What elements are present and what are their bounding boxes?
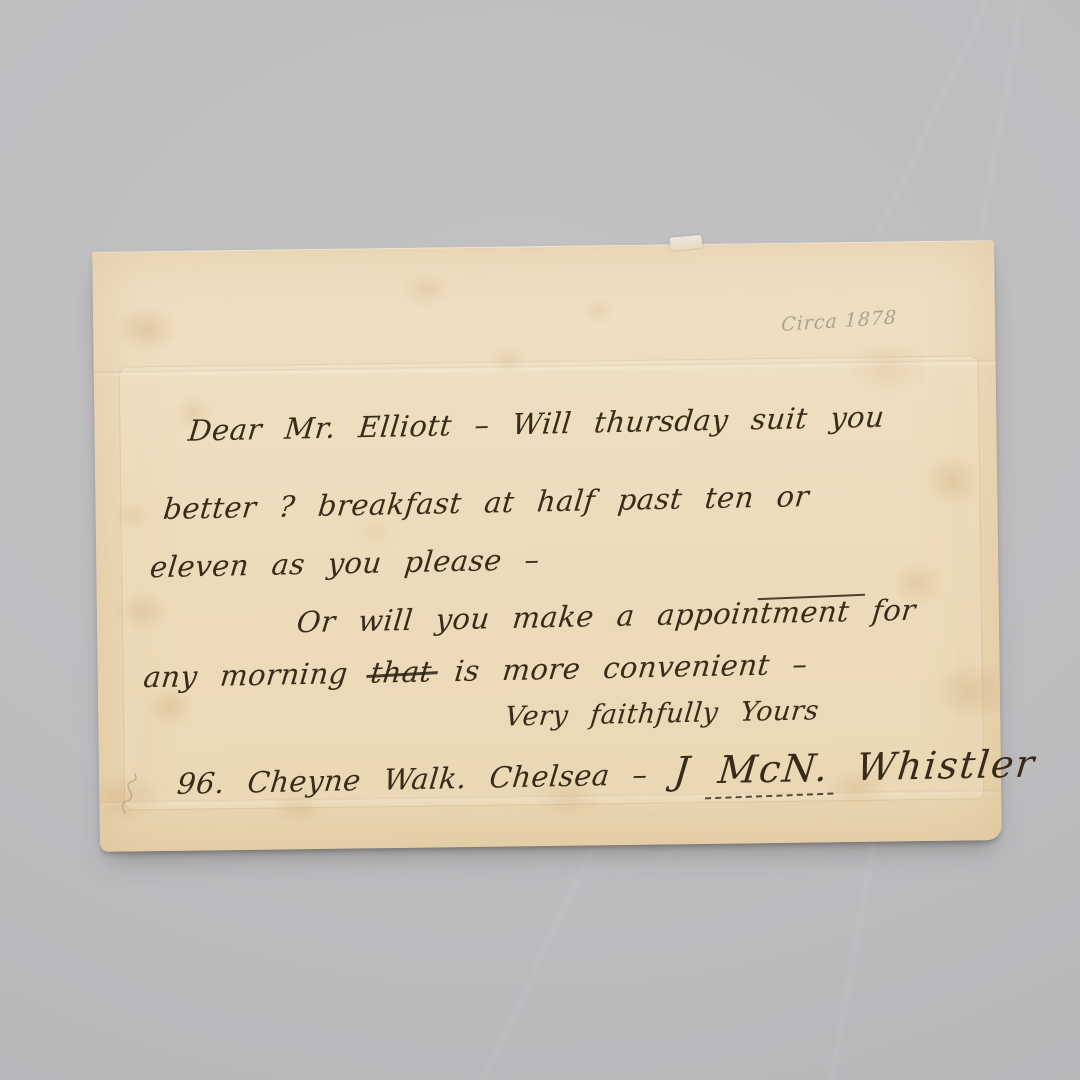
letter-card: Circa 1878 Dear Mr. Elliott – Will thurs…	[92, 240, 1002, 852]
letter-line-valediction: Very faithfully Yours	[503, 695, 820, 732]
photo-of-letter: { "photo": { "backdrop_color": "#bdbcbf"…	[0, 0, 1080, 1080]
signature: J McN. Whistler	[672, 742, 1039, 793]
line5-struck-word: that	[369, 654, 434, 689]
torn-paper-tab	[670, 235, 703, 251]
signature-text: J McN. Whistler	[672, 742, 1039, 793]
pencil-date-annotation: Circa 1878	[781, 306, 898, 336]
line5-text: any morning	[142, 656, 372, 695]
line4-text-end: for	[848, 593, 918, 628]
address-text: 96. Cheyne Walk. Chelsea –	[176, 757, 650, 800]
line4-overlined-text: tment	[759, 594, 852, 630]
